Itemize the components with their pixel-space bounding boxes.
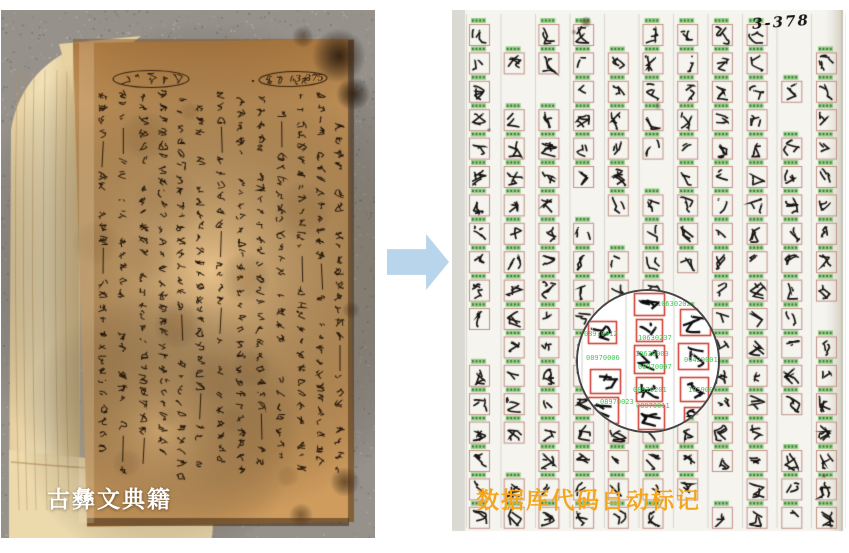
left-caption: 古彝文典籍 — [47, 488, 172, 511]
magnifier-code-label: 08970097 — [638, 364, 672, 371]
magnifier-code-label: 10630003 — [635, 351, 669, 358]
magnifier-code-label: 10630202 — [657, 301, 691, 308]
left-photo-ancient-yi-book: 3-375 古彝文典籍 — [1, 10, 375, 538]
magnifier-code-label: 06429001 — [684, 357, 718, 364]
magnifier-code-label: 08970023 — [600, 399, 634, 406]
magnifier-code-label: 10630237 — [638, 335, 672, 342]
magnifier-code-label: 08970011 — [636, 403, 670, 410]
magnifier-code-label: 08970006 — [586, 355, 620, 362]
right-caption: 数据库代码自动标记 — [476, 489, 701, 512]
magnifier-code-label: 10590040 — [688, 387, 720, 394]
right-arrow-icon — [387, 234, 449, 290]
ancient-book-photo-image — [1, 10, 375, 538]
magnifier-code-label: 08970201 — [633, 387, 667, 394]
annotated-scan-image — [452, 10, 846, 540]
right-photo-annotated-scan: 3-378 1063020210630237106300030897009708… — [452, 10, 846, 540]
magnifier-code-label: 08970012 — [584, 331, 618, 338]
figure: 3-375 古彝文典籍 3-378 1063020210630237106300… — [0, 0, 849, 553]
magnifier-circle: 1063020210630237106300030897009708970201… — [576, 289, 720, 433]
page-number-label: 3-375 — [295, 74, 324, 85]
